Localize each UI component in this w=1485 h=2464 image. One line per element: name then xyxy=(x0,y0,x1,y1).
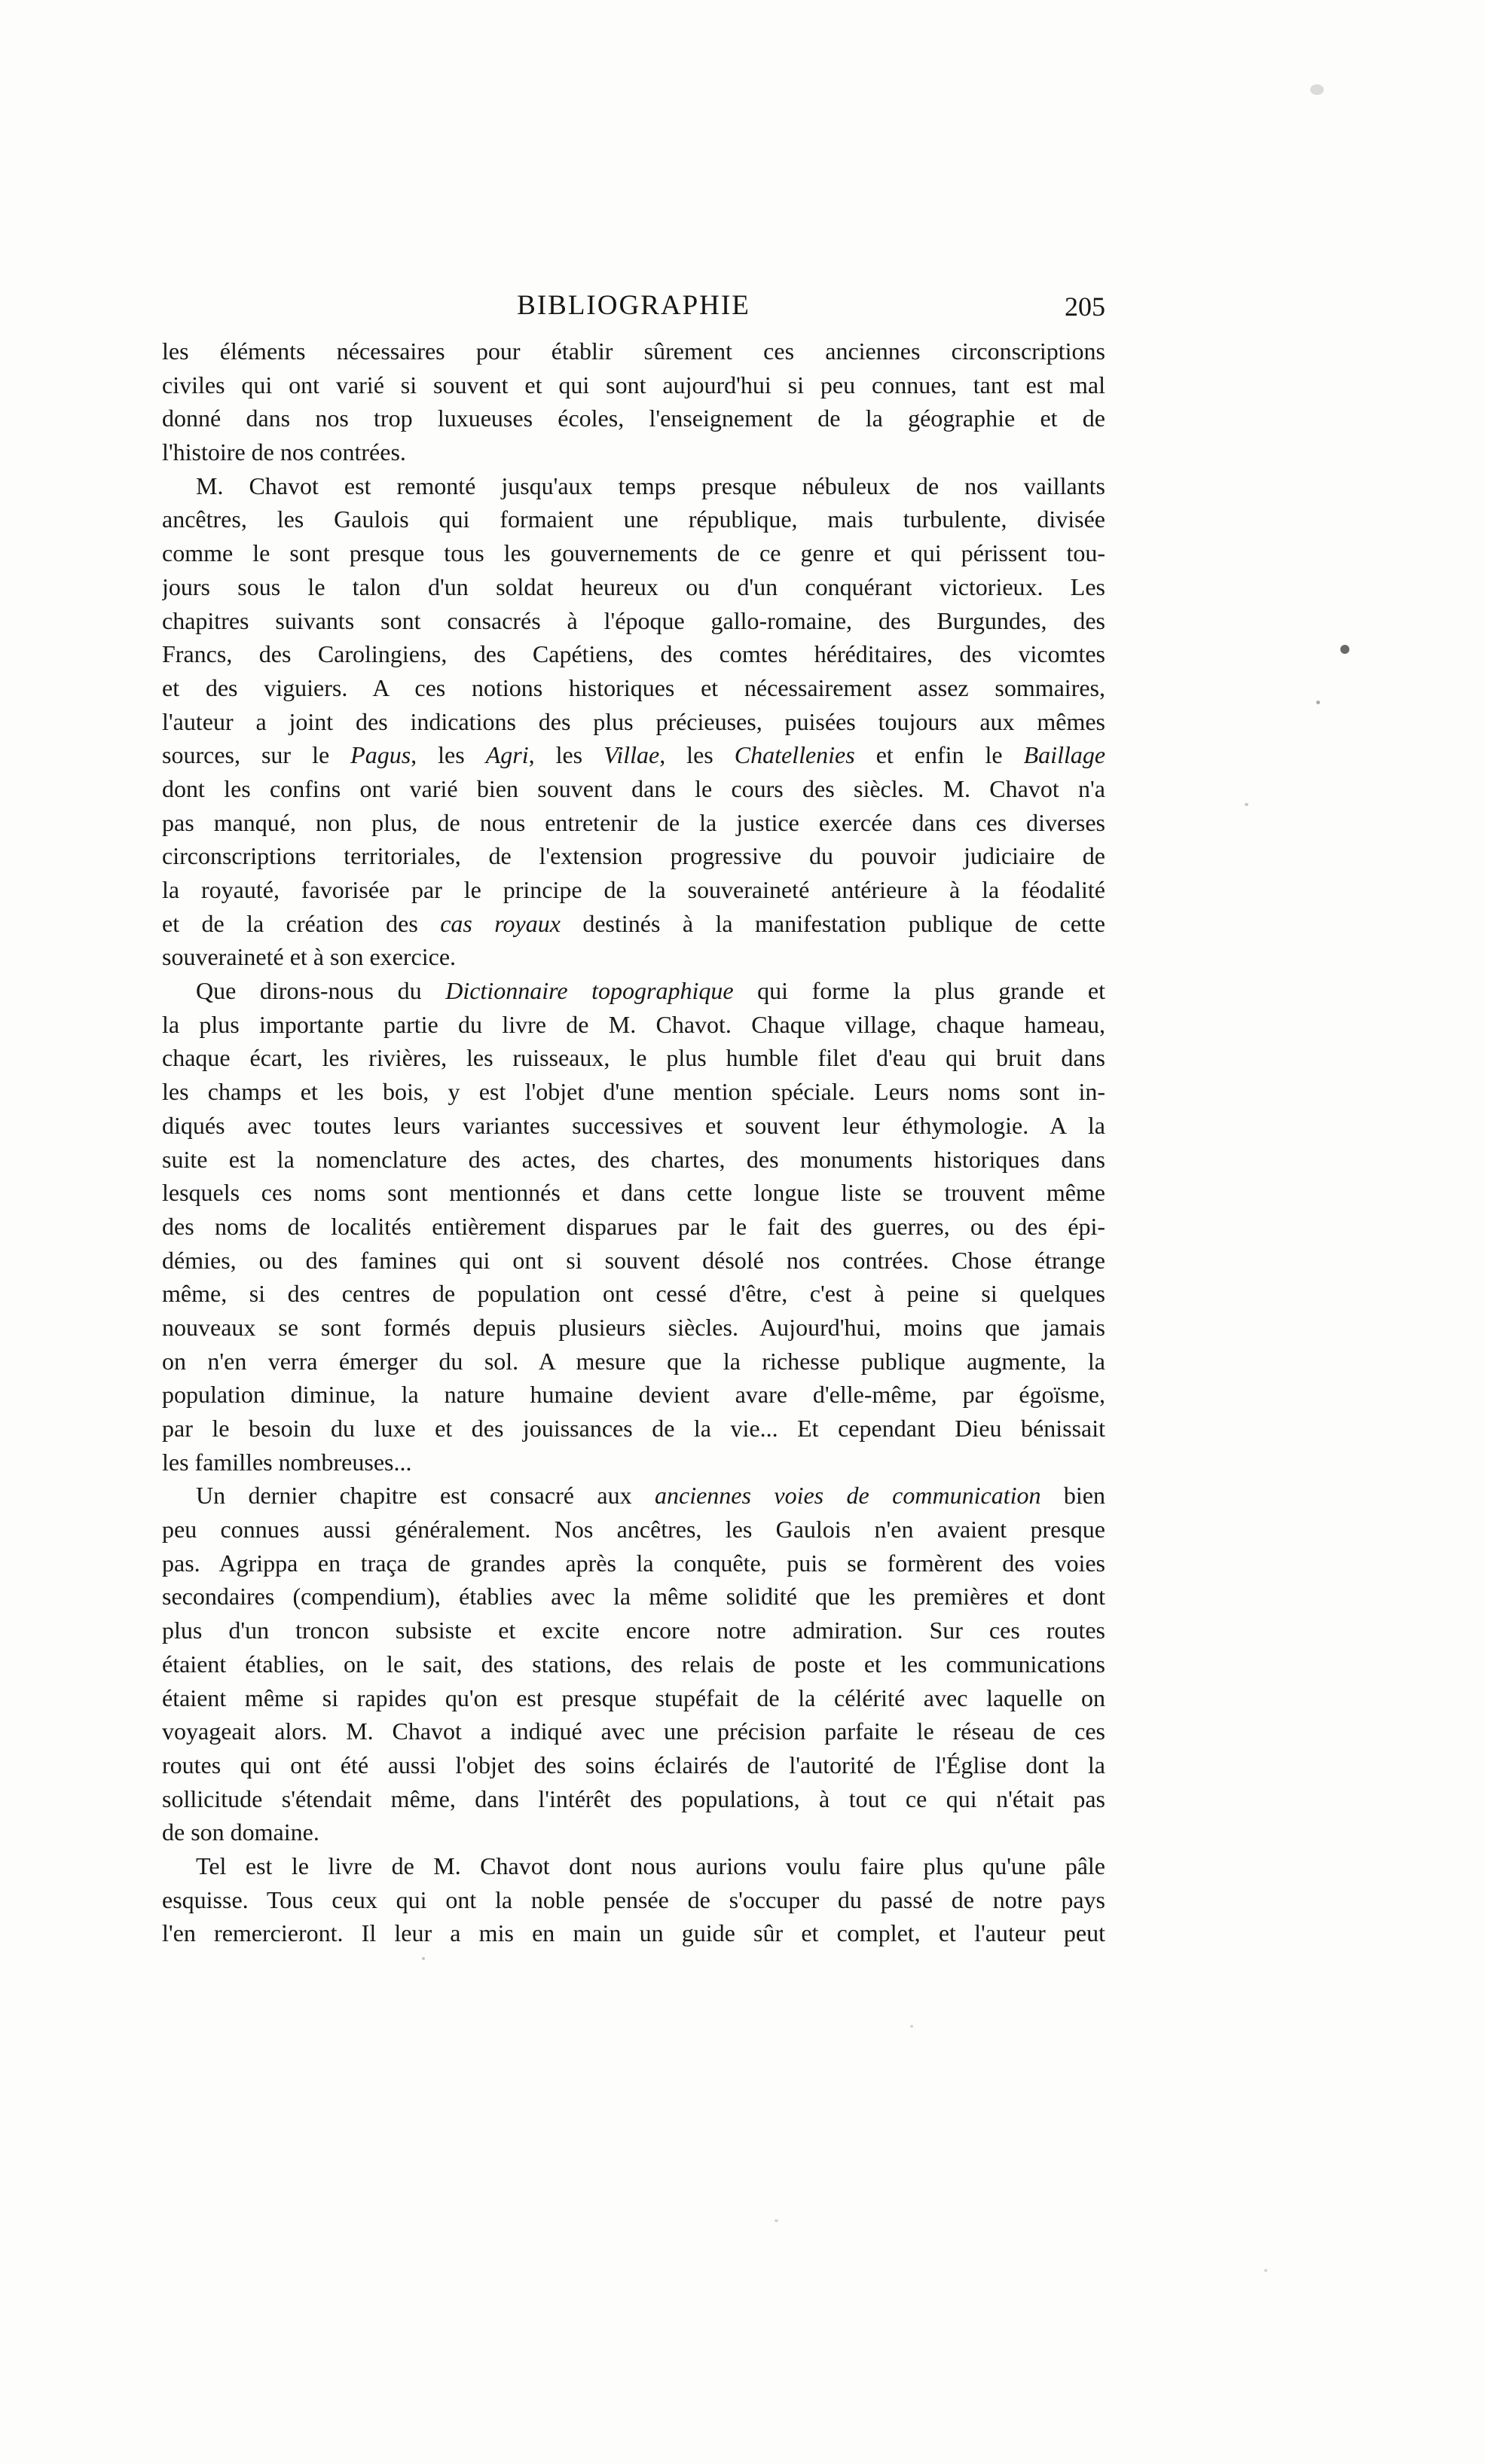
scan-speck xyxy=(1264,2269,1267,2272)
scan-speck xyxy=(775,2219,778,2222)
text-line: on n'en verra émerger du sol. A mesure q… xyxy=(162,1345,1105,1379)
text-line: les champs et les bois, y est l'objet d'… xyxy=(162,1075,1105,1109)
text-line: population diminue, la nature humaine de… xyxy=(162,1378,1105,1412)
italic-text: Baillage xyxy=(1024,741,1105,768)
text-line: diqués avec toutes leurs variantes succe… xyxy=(162,1109,1105,1143)
text-line: étaient même si rapides qu'on est presqu… xyxy=(162,1681,1105,1715)
scan-speck xyxy=(1310,84,1324,95)
scan-speck xyxy=(422,1957,425,1960)
text-line: l'auteur a joint des indications des plu… xyxy=(162,705,1105,739)
text-line: Que dirons-nous du Dictionnaire topograp… xyxy=(162,974,1105,1008)
text-line: chapitres suivants sont consacrés à l'ép… xyxy=(162,604,1105,638)
text-block: les éléments nécessaires pour établir sû… xyxy=(162,334,1105,1950)
text-line: par le besoin du luxe et des jouissances… xyxy=(162,1412,1105,1446)
text-line: les familles nombreuses... xyxy=(162,1446,1105,1479)
text-line: circonscriptions territoriales, de l'ext… xyxy=(162,839,1105,873)
text-line: sollicitude s'étendait même, dans l'inté… xyxy=(162,1782,1105,1816)
scan-speck xyxy=(1340,645,1349,654)
text-line: démies, ou des famines qui ont si souven… xyxy=(162,1244,1105,1278)
page-header-title: BIBLIOGRAPHIE xyxy=(162,289,1105,322)
text-line: et de la création des cas royaux destiné… xyxy=(162,907,1105,941)
text-line: de son domaine. xyxy=(162,1815,1105,1849)
text-line: suite est la nomenclature des actes, des… xyxy=(162,1143,1105,1177)
text-line: Tel est le livre de M. Chavot dont nous … xyxy=(162,1849,1105,1883)
text-line: routes qui ont été aussi l'objet des soi… xyxy=(162,1748,1105,1782)
text-line: secondaires (compendium), établies avec … xyxy=(162,1580,1105,1614)
text-line: l'histoire de nos contrées. xyxy=(162,435,1105,469)
text-line: voyageait alors. M. Chavot a indiqué ave… xyxy=(162,1714,1105,1748)
text-line: Un dernier chapitre est consacré aux anc… xyxy=(162,1479,1105,1513)
text-line: dont les confins ont varié bien souvent … xyxy=(162,772,1105,806)
italic-text: Pagus xyxy=(350,741,411,768)
text-line: et des viguiers. A ces notions historiqu… xyxy=(162,671,1105,705)
text-line: M. Chavot est remonté jusqu'aux temps pr… xyxy=(162,469,1105,503)
text-line: lesquels ces noms sont mentionnés et dan… xyxy=(162,1176,1105,1210)
scanned-book-page: BIBLIOGRAPHIE 205 les éléments nécessair… xyxy=(0,0,1485,2464)
text-line: comme le sont presque tous les gouvernem… xyxy=(162,536,1105,570)
text-line: étaient établies, on le sait, des statio… xyxy=(162,1647,1105,1681)
text-line: plus d'un troncon subsiste et excite enc… xyxy=(162,1614,1105,1647)
text-line: l'en remercieront. Il leur a mis en main… xyxy=(162,1916,1105,1950)
text-line: même, si des centres de population ont c… xyxy=(162,1277,1105,1311)
text-line: des noms de localités entièrement dispar… xyxy=(162,1210,1105,1244)
text-line: donné dans nos trop luxueuses écoles, l'… xyxy=(162,402,1105,435)
page-number: 205 xyxy=(1065,291,1105,322)
italic-text: Dictionnaire topographique xyxy=(445,977,733,1004)
italic-text: Villae xyxy=(603,741,659,768)
text-line: Francs, des Carolingiens, des Capétiens,… xyxy=(162,637,1105,671)
italic-text: Agri xyxy=(486,741,529,768)
scan-speck xyxy=(910,2025,913,2028)
text-line: souveraineté et à son exercice. xyxy=(162,940,1105,974)
text-line: civiles qui ont varié si souvent et qui … xyxy=(162,368,1105,402)
text-line: peu connues aussi généralement. Nos ancê… xyxy=(162,1513,1105,1546)
text-line: jours sous le talon d'un soldat heureux … xyxy=(162,570,1105,604)
text-line: les éléments nécessaires pour établir sû… xyxy=(162,334,1105,368)
text-line: ancêtres, les Gaulois qui formaient une … xyxy=(162,502,1105,536)
scan-speck xyxy=(1316,701,1320,704)
text-line: pas manqué, non plus, de nous entretenir… xyxy=(162,806,1105,840)
text-line: sources, sur le Pagus, les Agri, les Vil… xyxy=(162,738,1105,772)
text-line: la plus importante partie du livre de M.… xyxy=(162,1008,1105,1042)
italic-text: cas royaux xyxy=(440,910,561,937)
text-line: pas. Agrippa en traça de grandes après l… xyxy=(162,1546,1105,1580)
scan-speck xyxy=(1245,803,1248,806)
text-line: chaque écart, les rivières, les ruisseau… xyxy=(162,1041,1105,1075)
text-line: esquisse. Tous ceux qui ont la noble pen… xyxy=(162,1883,1105,1917)
italic-text: anciennes voies de communication xyxy=(655,1482,1040,1509)
italic-text: Chatellenies xyxy=(735,741,855,768)
text-line: nouveaux se sont formés depuis plusieurs… xyxy=(162,1311,1105,1345)
text-line: la royauté, favorisée par le principe de… xyxy=(162,873,1105,907)
running-head: BIBLIOGRAPHIE 205 xyxy=(162,289,1105,324)
